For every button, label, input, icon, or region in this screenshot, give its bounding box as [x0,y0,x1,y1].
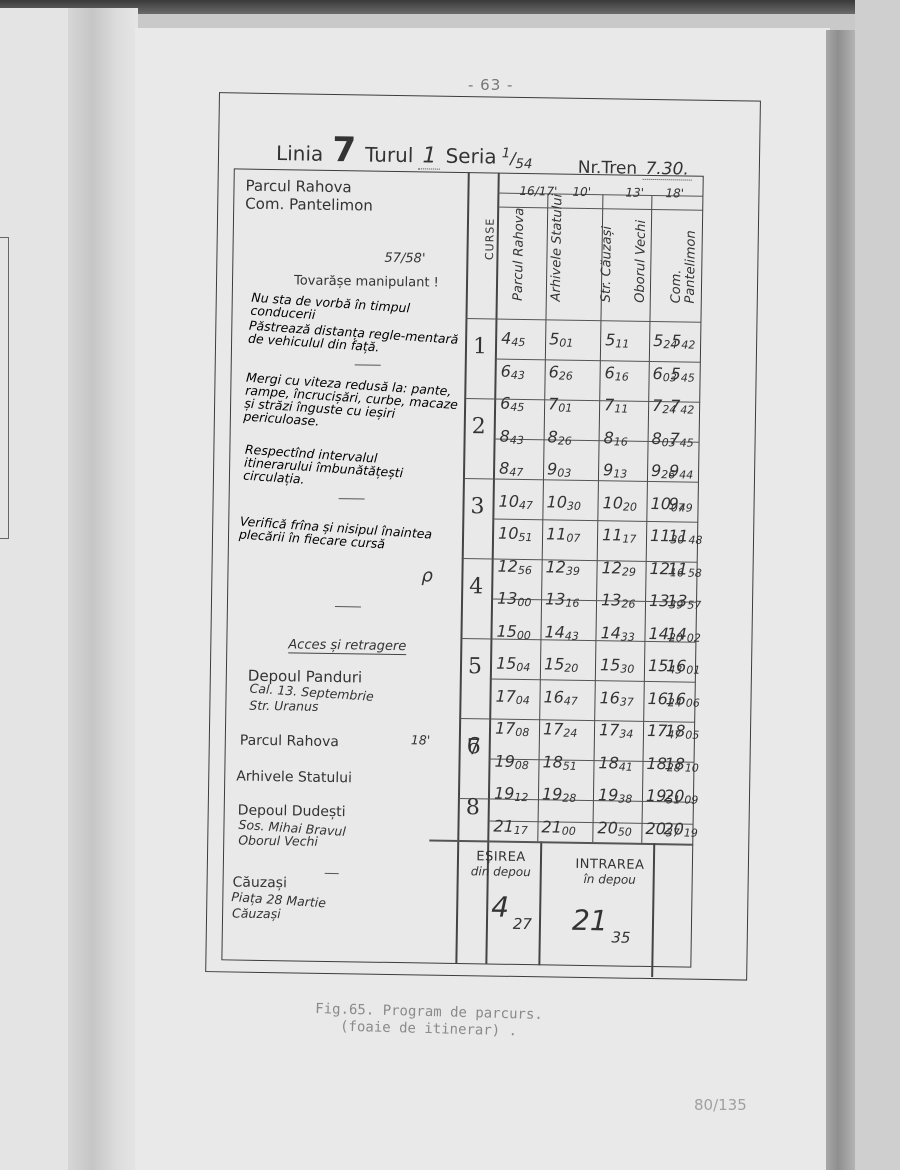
time-cell: 903 [547,459,571,479]
time-cell: 1158 [667,559,702,580]
time-cell: 2019 [663,819,698,840]
column-oborul-vechi: Oborul Vechi [634,220,649,303]
time-cell: 1912 [494,784,529,805]
time-cell: 1805 [665,721,700,742]
time-cell: 913 [603,460,627,480]
depot-exit-label: EȘIREA [462,850,540,865]
time-cell: 1030 [546,492,581,513]
notes-heading: Tovarășe manipulant ! [294,273,439,290]
time-cell: 1117 [602,525,637,546]
offset-3: 13' [625,186,644,200]
time-cell: 1020 [602,493,637,514]
time-cell: 816 [603,428,627,448]
column-str-cauzasi: Str. Căuzași [600,226,615,302]
time-cell: 545 [670,364,694,384]
route-end: Com. Pantelimon [245,195,475,217]
time-cell: 2009 [664,786,699,807]
time-cell: 1051 [498,524,533,545]
time-cell: 1851 [542,752,577,773]
time-cell: 944 [669,461,693,481]
time-cell: 2117 [493,816,528,837]
curse-number: 3 [464,494,490,519]
time-cell: 949 [668,494,692,514]
time-cell: 1908 [494,751,529,772]
time-cell: 1402 [666,624,701,645]
time-cell: 445 [501,329,525,349]
time-cell: 501 [549,329,573,349]
depot-entry-sublabel: în depou [555,872,665,888]
depot-entry-heading: INTRAREA în depou [555,858,665,888]
curse-number: 2 [466,414,492,439]
time-cell: 1357 [667,591,702,612]
curse-number: 8 [460,795,486,820]
depot-dudesti-area: Oborul Vechi [238,834,318,848]
time-cell: 1107 [546,524,581,545]
terminus-cauzasi-area: Căuzași [232,906,281,920]
column-parcul-rahova: Parcul Rahova [512,208,527,301]
time-cell: 645 [500,394,524,414]
time-cell: 1928 [542,784,577,805]
figure-caption: Fig.65. Program de parcurs. (foaie de it… [315,1001,543,1041]
time-cell: 1637 [599,688,634,709]
time-cell: 1316 [545,589,580,610]
curse-header: CURSE [483,218,497,261]
time-cell: 1300 [497,589,532,610]
time-cell: 626 [548,362,572,382]
time-cell: 1504 [496,654,531,675]
time-cell: 1530 [600,655,635,676]
time-cell: 742 [670,396,694,416]
time-cell: 847 [499,459,523,479]
offset-2: 10' [572,185,591,199]
time-cell: 1500 [496,621,531,642]
stop-arhivele-statului: Arhivele Statului [236,769,352,787]
time-cell: 1433 [600,623,635,644]
time-cell: 1734 [599,720,634,741]
depot-exit-heading: EȘIREA din depou [462,850,540,879]
time-cell: 1326 [601,590,636,611]
stop-parcul-rahova: Parcul Rahova [240,733,339,751]
notes-panel: Parcul Rahova Com. Pantelimon 57/58' Tov… [245,177,476,217]
time-cell: 643 [501,361,525,381]
curse-number: 7 [461,735,487,760]
offset-4: 18' [665,186,684,200]
time-cell: 511 [605,330,629,350]
time-cell: 745 [669,429,693,449]
column-com-pantelimon: Com. Pantelimon [670,223,699,303]
time-cell: 1647 [543,687,578,708]
time-cell: 616 [604,363,628,383]
sheet-title: Linia 7 Turul 1 Seria 1/54 [276,129,533,173]
time-cell: 1256 [497,556,532,577]
time-cell: 826 [547,427,571,447]
total-trip-time: 57/58' [384,251,425,267]
time-cell: 711 [604,395,628,415]
archive-number: 80/135 [694,1096,747,1114]
series-value: 1/54 [502,149,533,168]
time-cell: 1520 [544,654,579,675]
time-cell: 1148 [668,526,703,547]
curse-number: 5 [462,654,488,679]
time-cell: 1810 [664,754,699,775]
depot-exit-time: 427 [491,891,533,934]
time-cell: 1047 [498,491,533,512]
depot-entry-time: 2135 [572,904,631,947]
time-cell: 843 [499,426,523,446]
separator [325,873,339,874]
time-cell: 2050 [597,818,632,839]
time-cell: 2100 [541,817,576,838]
depot-panduri-street: Str. Uranus [249,699,318,713]
time-cell: 1443 [544,622,579,643]
time-cell: 542 [671,331,695,351]
time-cell: 1938 [598,785,633,806]
tour-number: 1 [418,143,440,169]
time-cell: 1724 [543,719,578,740]
time-cell: 1708 [495,719,530,740]
curse-number: 4 [463,574,489,599]
line-number: 7 [332,130,356,170]
time-cell: 701 [548,394,572,414]
curse-number: 1 [467,334,493,359]
time-cell: 1704 [495,686,530,707]
time-cell: 1229 [601,558,636,579]
line-label: Linia [276,141,324,166]
time-cell: 1841 [598,753,633,774]
note-mark: ρ [421,565,433,586]
itinerary-sheet: Linia 7 Turul 1 Seria 1/54 Nr.Tren 7.30.… [0,0,900,1170]
tour-label: Turul [365,142,414,167]
stop-parcul-rahova-time: 18' [411,733,431,746]
access-heading: Acces și retragere [288,637,406,655]
time-cell: 1606 [665,689,700,710]
time-cell: 1601 [666,656,701,677]
series-label: Seria [445,144,496,169]
depot-exit-sublabel: din depou [462,864,540,879]
time-cell: 1239 [545,557,580,578]
column-arhivele-statului: Arhivele Statului [550,194,566,302]
